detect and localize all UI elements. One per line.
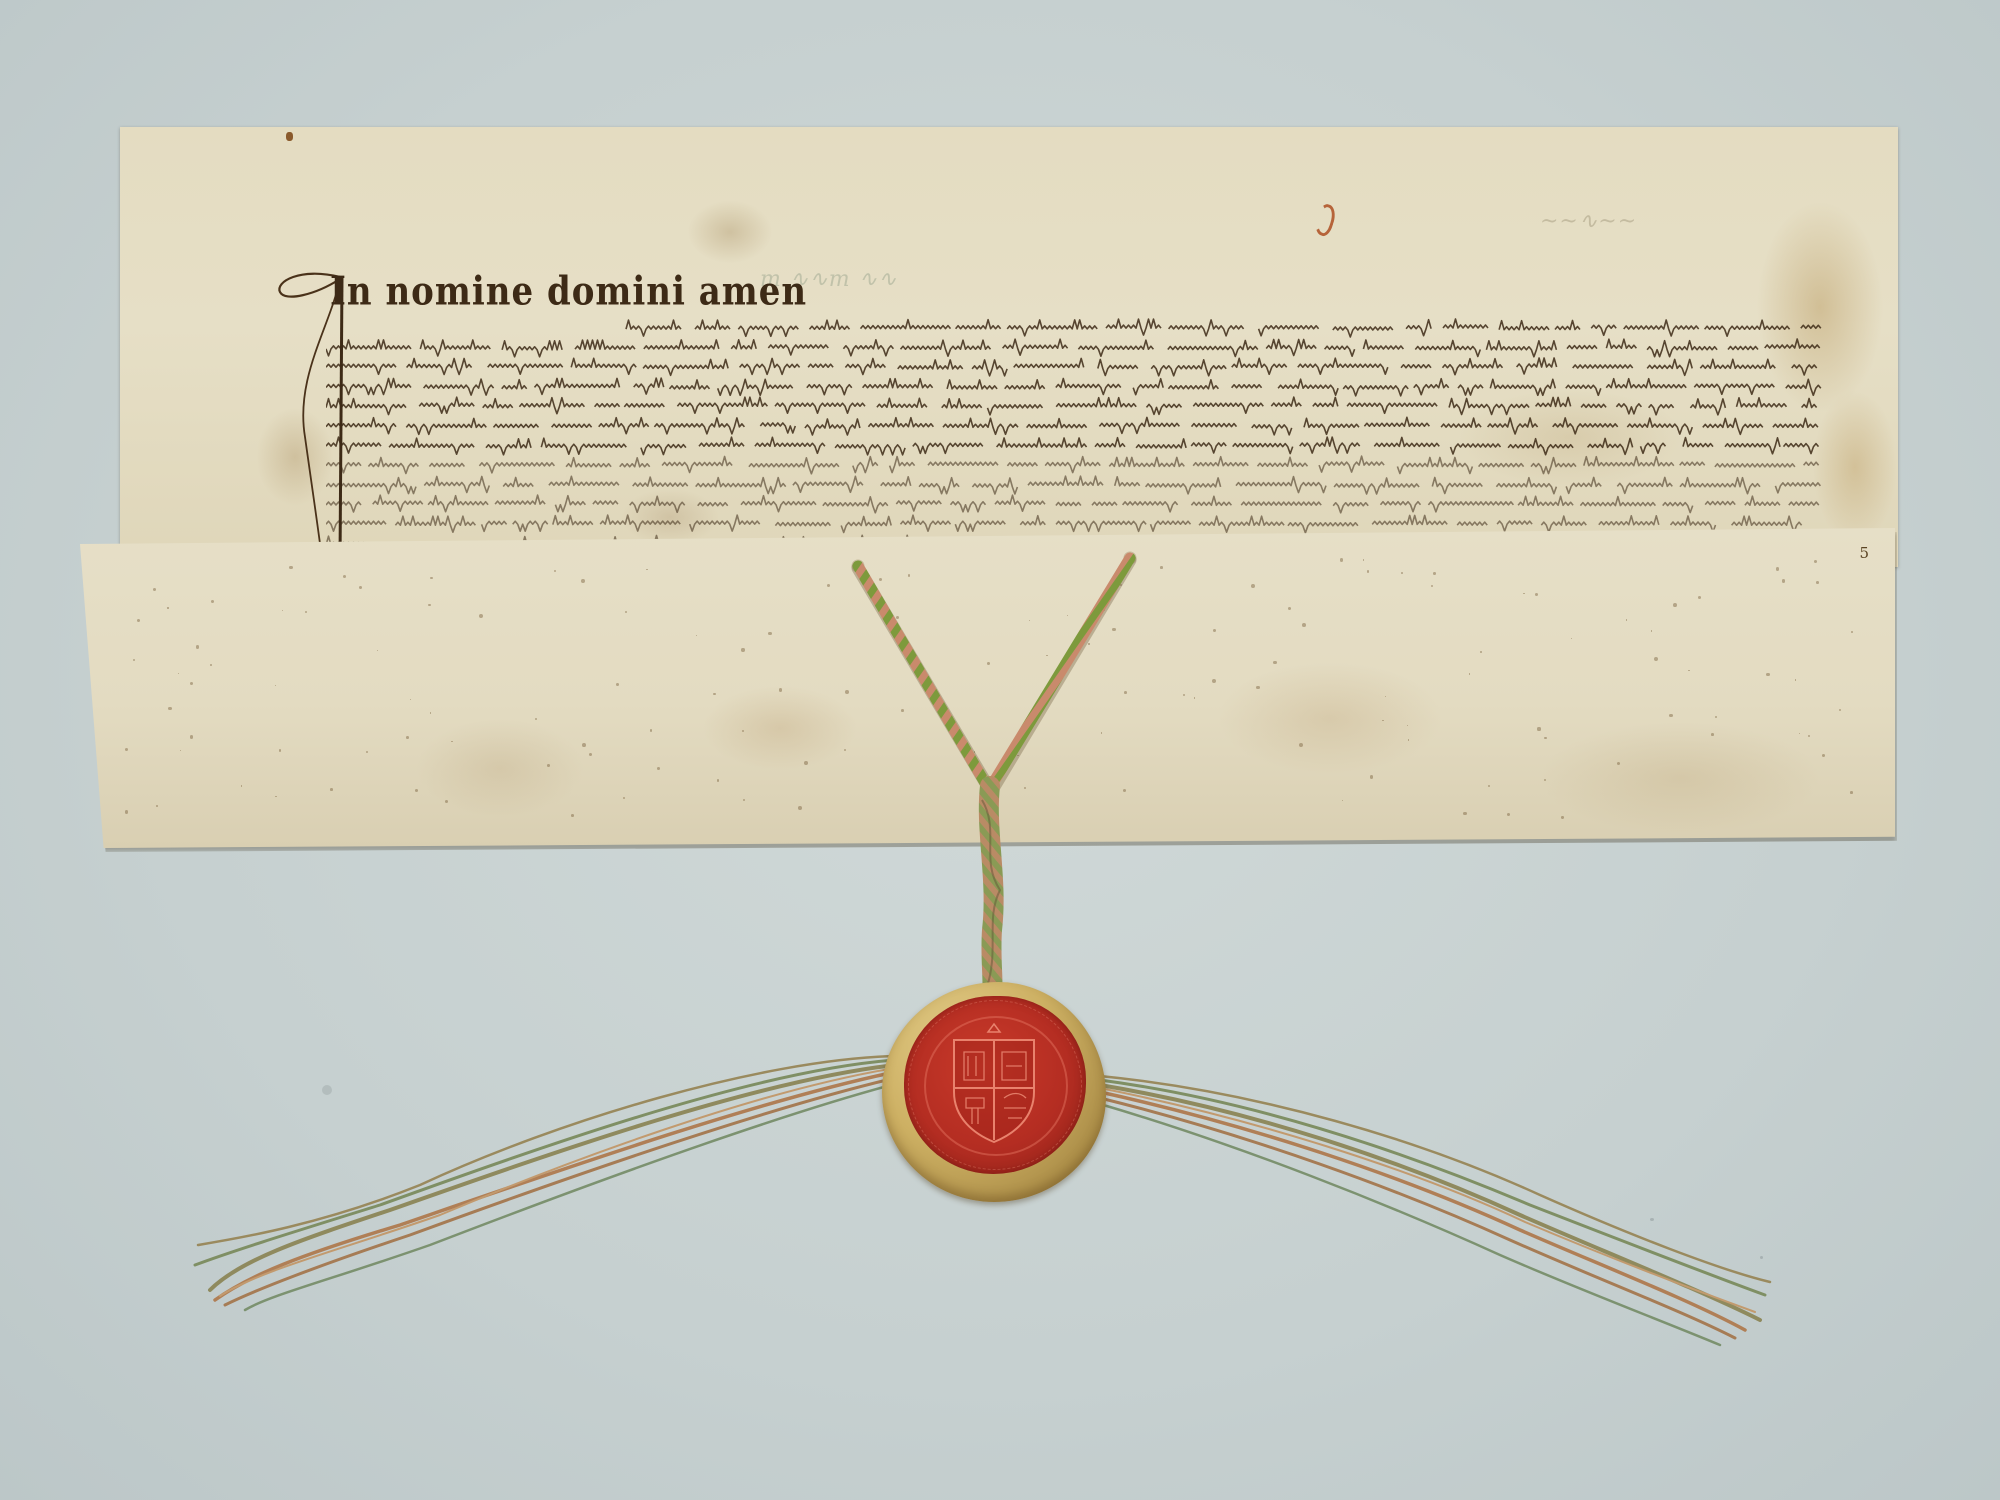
parchment-speck <box>571 814 574 817</box>
charter-plica: 5 <box>80 528 1895 848</box>
parchment-speck <box>1120 584 1122 586</box>
parchment-speck <box>1401 572 1403 574</box>
parchment-speck <box>1385 696 1386 697</box>
parchment-speck <box>589 753 592 756</box>
parchment-speck <box>657 767 660 770</box>
parchment-speck <box>153 588 156 591</box>
parchment-speck <box>1408 739 1409 740</box>
parchment-speck <box>428 604 430 606</box>
parchment-speck <box>1651 630 1652 631</box>
parchment-speck <box>430 712 432 714</box>
charter-upper-sheet: ~~∿~~ m ∿∿m ∿∿ In nomine domini amen <box>120 127 1898 567</box>
parchment-speck <box>1067 615 1068 616</box>
parchment-speck <box>366 751 368 753</box>
charter-text-line <box>326 454 1816 474</box>
parchment-speck <box>156 805 158 807</box>
parchment-speck <box>582 743 586 747</box>
parchment-speck <box>430 577 433 580</box>
parchment-speck <box>1488 785 1490 787</box>
parchment-speck <box>1160 566 1163 569</box>
parchment-speck <box>279 749 282 752</box>
fold-number-mark: 5 <box>1859 544 1869 562</box>
parchment-speck <box>987 662 990 665</box>
parchment-speck <box>1342 800 1343 801</box>
parchment-speck <box>1715 716 1717 718</box>
parchment-speck <box>1124 691 1127 694</box>
parchment-speck <box>908 574 911 577</box>
parchment-speck <box>844 749 846 751</box>
parchment-speck <box>1088 643 1089 644</box>
parchment-speck <box>1544 737 1546 739</box>
parchment-speck <box>717 779 719 781</box>
parchment-speck <box>623 797 625 799</box>
parchment-speck <box>275 685 276 686</box>
parchment-speck <box>827 584 830 587</box>
parchment-speck <box>1370 775 1373 778</box>
parchment-speck <box>1046 655 1047 656</box>
parchment-speck <box>1469 673 1470 674</box>
parchment-speck <box>1523 593 1524 594</box>
parchment-speck <box>1256 686 1259 689</box>
wax-seal <box>882 982 1106 1202</box>
parchment-speck <box>343 575 346 578</box>
parchment-speck <box>1288 607 1291 610</box>
dust-speck <box>1760 1256 1763 1259</box>
parchment-speck <box>978 765 980 767</box>
parchment-speck <box>1822 754 1825 757</box>
parchment-speck <box>210 664 212 666</box>
parchment-speck <box>696 635 697 636</box>
parchment-speck <box>554 570 557 573</box>
charter-text-line <box>326 317 1816 337</box>
parchment-speck <box>1561 816 1563 818</box>
parchment-speck <box>167 607 168 608</box>
parchment-speck <box>196 645 200 649</box>
parchment-speck <box>1816 581 1819 584</box>
parchment-speck <box>1814 560 1817 563</box>
dust-speck <box>322 1085 332 1095</box>
parchment-speck <box>241 785 242 786</box>
charter-text-line <box>326 395 1816 415</box>
parchment-speck <box>1544 779 1546 781</box>
parchment-speck <box>1507 813 1510 816</box>
parchment-speck <box>1024 787 1026 789</box>
parchment-speck <box>1212 679 1216 683</box>
charter-text-line <box>326 493 1816 513</box>
parchment-speck <box>1029 620 1030 621</box>
parchment-speck <box>1103 609 1105 611</box>
parchment-speck <box>330 788 333 791</box>
parchment-speck <box>1251 584 1255 588</box>
parchment-speck <box>211 600 215 604</box>
red-ink-mark <box>1311 202 1338 238</box>
parchment-speck <box>872 598 874 600</box>
parchment-speck <box>1407 725 1408 726</box>
parchment-speck <box>535 718 537 720</box>
parchment-speck <box>742 730 744 732</box>
parchment-speck <box>282 610 283 611</box>
parchment-speck <box>1213 629 1216 632</box>
parchment-speck <box>1698 596 1701 599</box>
parchment-speck <box>125 748 128 751</box>
parchment-speck <box>410 699 411 700</box>
parchment-speck <box>743 799 745 801</box>
parchment-speck <box>741 648 744 651</box>
parchment-speck <box>798 806 802 810</box>
charter-text-line <box>326 356 1816 376</box>
parchment-speck <box>445 800 448 803</box>
parchment-speck <box>1851 631 1853 633</box>
parchment-speck <box>1433 572 1436 575</box>
parchment-speck <box>305 611 307 613</box>
parchment-speck <box>1850 791 1853 794</box>
parchment-speck <box>377 650 378 651</box>
parchment-speck <box>879 578 882 581</box>
parchment-speck <box>133 659 135 661</box>
heraldic-shield-icon <box>946 1022 1042 1144</box>
parchment-speck <box>359 586 362 589</box>
seal-red-impression <box>904 996 1086 1174</box>
ink-spot <box>286 132 293 141</box>
parchment-speck <box>289 566 292 569</box>
parchment-speck <box>479 614 483 618</box>
parchment-speck <box>804 761 808 765</box>
parchment-speck <box>1123 789 1126 792</box>
parchment-speck <box>713 693 716 696</box>
parchment-speck <box>1711 733 1714 736</box>
parchment-speck <box>1654 657 1658 661</box>
parchment-speck <box>1537 727 1540 730</box>
parchment-speck <box>178 673 179 674</box>
charter-text-line <box>326 474 1816 494</box>
parchment-speck <box>1302 623 1306 627</box>
parchment-speck <box>1673 603 1677 607</box>
parchment-speck <box>1382 720 1383 721</box>
parchment-speck <box>1839 709 1841 711</box>
parchment-speck <box>650 729 653 732</box>
parchment-speck <box>1273 661 1276 664</box>
parchment-speck <box>1017 755 1018 756</box>
parchment-speck <box>1183 694 1185 696</box>
parchment-speck <box>581 579 585 583</box>
parchment-speck <box>1480 651 1482 653</box>
charter-text-line <box>326 337 1816 357</box>
parchment-speck <box>1363 559 1364 560</box>
charter-text-line <box>326 435 1816 455</box>
charter-text-line <box>326 376 1816 396</box>
parchment-speck <box>125 810 129 814</box>
parchment-speck <box>1617 762 1620 765</box>
parchment-speck <box>1571 638 1572 639</box>
parchment-speck <box>768 632 772 636</box>
faint-dorsal-note: ~~∿~~ <box>1540 209 1637 234</box>
parchment-speck <box>451 741 453 743</box>
parchment-speck <box>180 750 182 752</box>
parchment-speck <box>974 751 975 752</box>
parchment-speck <box>625 611 627 613</box>
parchment-speck <box>1669 714 1673 718</box>
parchment-speck <box>547 764 550 767</box>
parchment-speck <box>137 619 140 622</box>
parchment-speck <box>1535 593 1538 596</box>
parchment-speck <box>1431 585 1433 587</box>
parchment-speck <box>190 735 194 739</box>
parchment-speck <box>415 789 418 792</box>
parchment-speck <box>1075 639 1078 642</box>
parchment-speck <box>1112 628 1115 631</box>
charter-text-line <box>326 513 1816 533</box>
parchment-speck <box>1626 619 1628 621</box>
parchment-speck <box>190 682 193 685</box>
parchment-speck <box>1766 673 1770 677</box>
parchment-speck <box>901 709 904 712</box>
parchment-speck <box>275 796 276 797</box>
parchment-speck <box>1795 679 1796 680</box>
parchment-speck <box>1808 735 1810 737</box>
parchment-speck <box>1688 670 1689 671</box>
parchment-speck <box>779 688 782 691</box>
parchment-speck <box>616 683 619 686</box>
parchment-speck <box>1299 743 1303 747</box>
parchment-speck <box>168 707 171 710</box>
invocation-heading: In nomine domini amen <box>330 269 807 315</box>
parchment-speck <box>1776 567 1780 571</box>
parchment-speck <box>845 690 849 694</box>
charter-text-line <box>326 415 1816 435</box>
parchment-speck <box>1463 812 1467 816</box>
parchment-speck <box>1799 733 1801 735</box>
parchment-speck <box>1367 570 1369 572</box>
parchment-speck <box>896 616 899 619</box>
parchment-speck <box>1782 579 1785 582</box>
parchment-speck <box>406 736 409 739</box>
parchment-speck <box>646 569 648 571</box>
parchment-speck <box>1194 697 1195 698</box>
parchment-speck <box>1101 732 1103 734</box>
dust-speck <box>1650 1218 1654 1221</box>
parchment-speck <box>1340 558 1344 562</box>
